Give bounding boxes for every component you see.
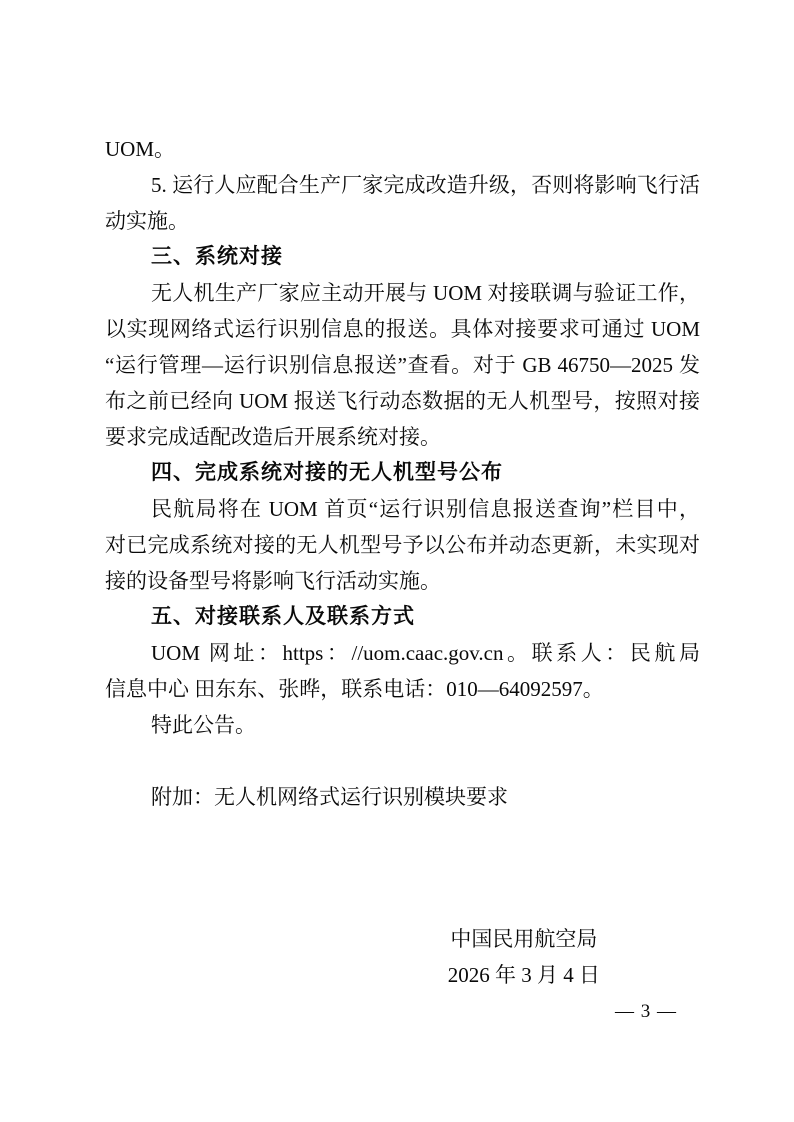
signature-date: 2026 年 3 月 4 日 (448, 957, 600, 993)
text-line: 民航局将在 UOM 首页“运行识别信息报送查询”栏目中， (105, 491, 700, 527)
text-line: 对已完成系统对接的无人机型号予以公布并动态更新，未实现对 (105, 527, 700, 563)
document-body: UOM。5. 运行人应配合生产厂家完成改造升级，否则将影响飞行活动实施。三、系统… (105, 131, 700, 815)
blank-line (105, 743, 700, 779)
text-line: 特此公告。 (105, 707, 700, 743)
signature-block: 中国民用航空局 2026 年 3 月 4 日 (448, 921, 600, 993)
page-number: — 3 — (615, 1000, 677, 1024)
text-line: 布之前已经向 UOM 报送飞行动态数据的无人机型号，按照对接 (105, 383, 700, 419)
text-line: 无人机生产厂家应主动开展与 UOM 对接联调与验证工作， (105, 275, 700, 311)
section-heading: 三、系统对接 (105, 239, 700, 275)
signature-organization: 中国民用航空局 (448, 921, 600, 957)
text-line: UOM。 (105, 131, 700, 167)
text-line: 附加：无人机网络式运行识别模块要求 (105, 779, 700, 815)
text-line: 要求完成适配改造后开展系统对接。 (105, 419, 700, 455)
text-line: 以实现网络式运行识别信息的报送。具体对接要求可通过 UOM (105, 311, 700, 347)
text-line: “运行管理—运行识别信息报送”查看。对于 GB 46750—2025 发 (105, 347, 700, 383)
text-line: 接的设备型号将影响飞行活动实施。 (105, 563, 700, 599)
text-line: UOM 网址：https：//uom.caac.gov.cn。联系人：民航局 (105, 635, 700, 671)
text-line: 5. 运行人应配合生产厂家完成改造升级，否则将影响飞行活 (105, 167, 700, 203)
text-line: 动实施。 (105, 203, 700, 239)
section-heading: 五、对接联系人及联系方式 (105, 599, 700, 635)
text-line: 信息中心 田东东、张晔，联系电话：010—64092597。 (105, 671, 700, 707)
section-heading: 四、完成系统对接的无人机型号公布 (105, 455, 700, 491)
document-page: UOM。5. 运行人应配合生产厂家完成改造升级，否则将影响飞行活动实施。三、系统… (0, 0, 794, 1122)
